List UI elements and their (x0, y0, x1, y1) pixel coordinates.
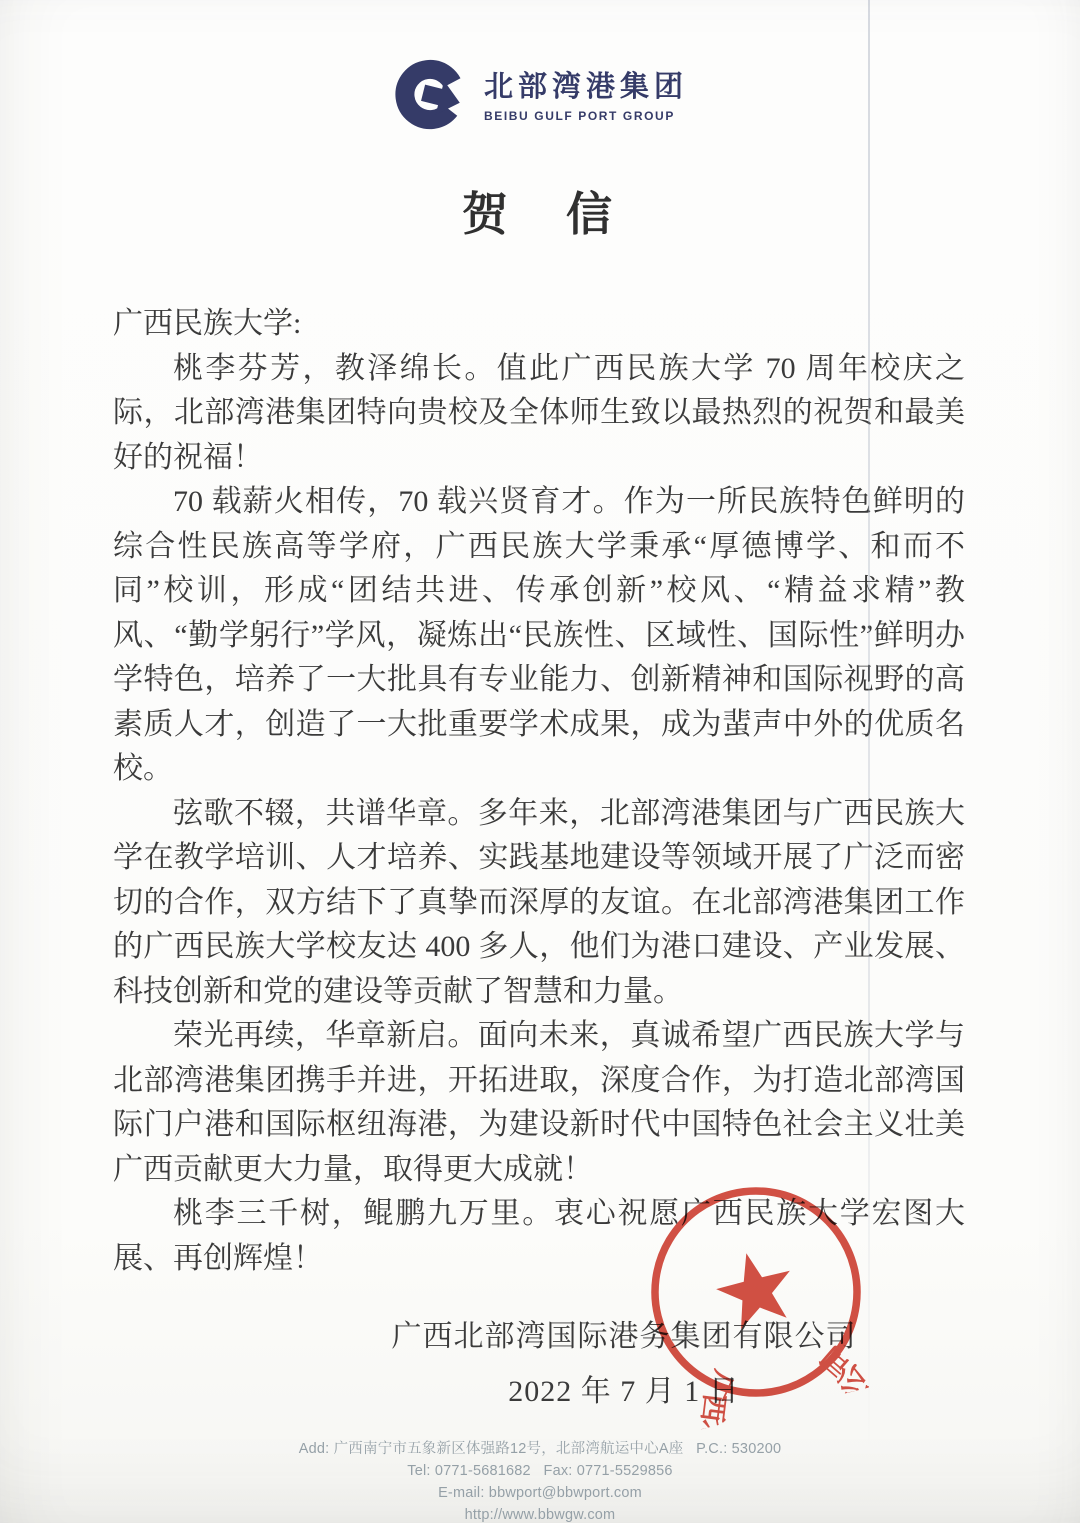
paragraph-4: 荣光再续，华章新启。面向未来，真诚希望广西民族大学与北部湾港集团携手并进，开拓进… (113, 1014, 965, 1192)
signature-block: 广西北部湾国际港务集团有限公司 2022 年 7 月 1 日 (389, 1315, 859, 1414)
company-logo: 北部湾港集团 BEIBU GULF PORT GROUP (0, 0, 1080, 132)
footer-tel-fax: Tel: 0771-5681682 Fax: 0771-5529856 (0, 1460, 1080, 1482)
salutation: 广西民族大学: (113, 302, 965, 347)
logo-text: 北部湾港集团 BEIBU GULF PORT GROUP (484, 64, 688, 123)
logo-name-en: BEIBU GULF PORT GROUP (484, 109, 675, 123)
letterhead-footer: Add: 广西南宁市五象新区体强路12号，北部湾航运中心A座 P.C.: 530… (0, 1438, 1080, 1523)
paragraph-1: 桃李芬芳，教泽绵长。值此广西民族大学 70 周年校庆之际，北部湾港集团特向贵校及… (113, 347, 965, 481)
paragraph-5: 桃李三千树，鲲鹏九万里。衷心祝愿广西民族大学宏图大展、再创辉煌！ (113, 1192, 965, 1281)
letter-body: 广西民族大学: 桃李芬芳，教泽绵长。值此广西民族大学 70 周年校庆之际，北部湾… (0, 302, 1080, 1414)
scanned-letter-page: 北部湾港集团 BEIBU GULF PORT GROUP 贺 信 广西民族大学:… (0, 0, 1080, 1523)
company-signature: 广西北部湾国际港务集团有限公司 (389, 1315, 859, 1359)
letter-date: 2022 年 7 月 1 日 (389, 1370, 859, 1414)
footer-email: E-mail: bbwport@bbwport.com (0, 1482, 1080, 1504)
footer-address: Add: 广西南宁市五象新区体强路12号，北部湾航运中心A座 P.C.: 530… (0, 1438, 1080, 1460)
paragraph-3: 弦歌不辍，共谱华章。多年来，北部湾港集团与广西民族大学在教学培训、人才培养、实践… (113, 792, 965, 1015)
letter-title: 贺 信 (0, 178, 1080, 244)
logo-name-cn: 北部湾港集团 (484, 64, 688, 105)
paragraph-2: 70 载薪火相传，70 载兴贤育才。作为一所民族特色鲜明的综合性民族高等学府，广… (113, 480, 965, 792)
footer-website: http://www.bbwgw.com (0, 1504, 1080, 1523)
g-arrow-logo-icon (392, 54, 468, 132)
